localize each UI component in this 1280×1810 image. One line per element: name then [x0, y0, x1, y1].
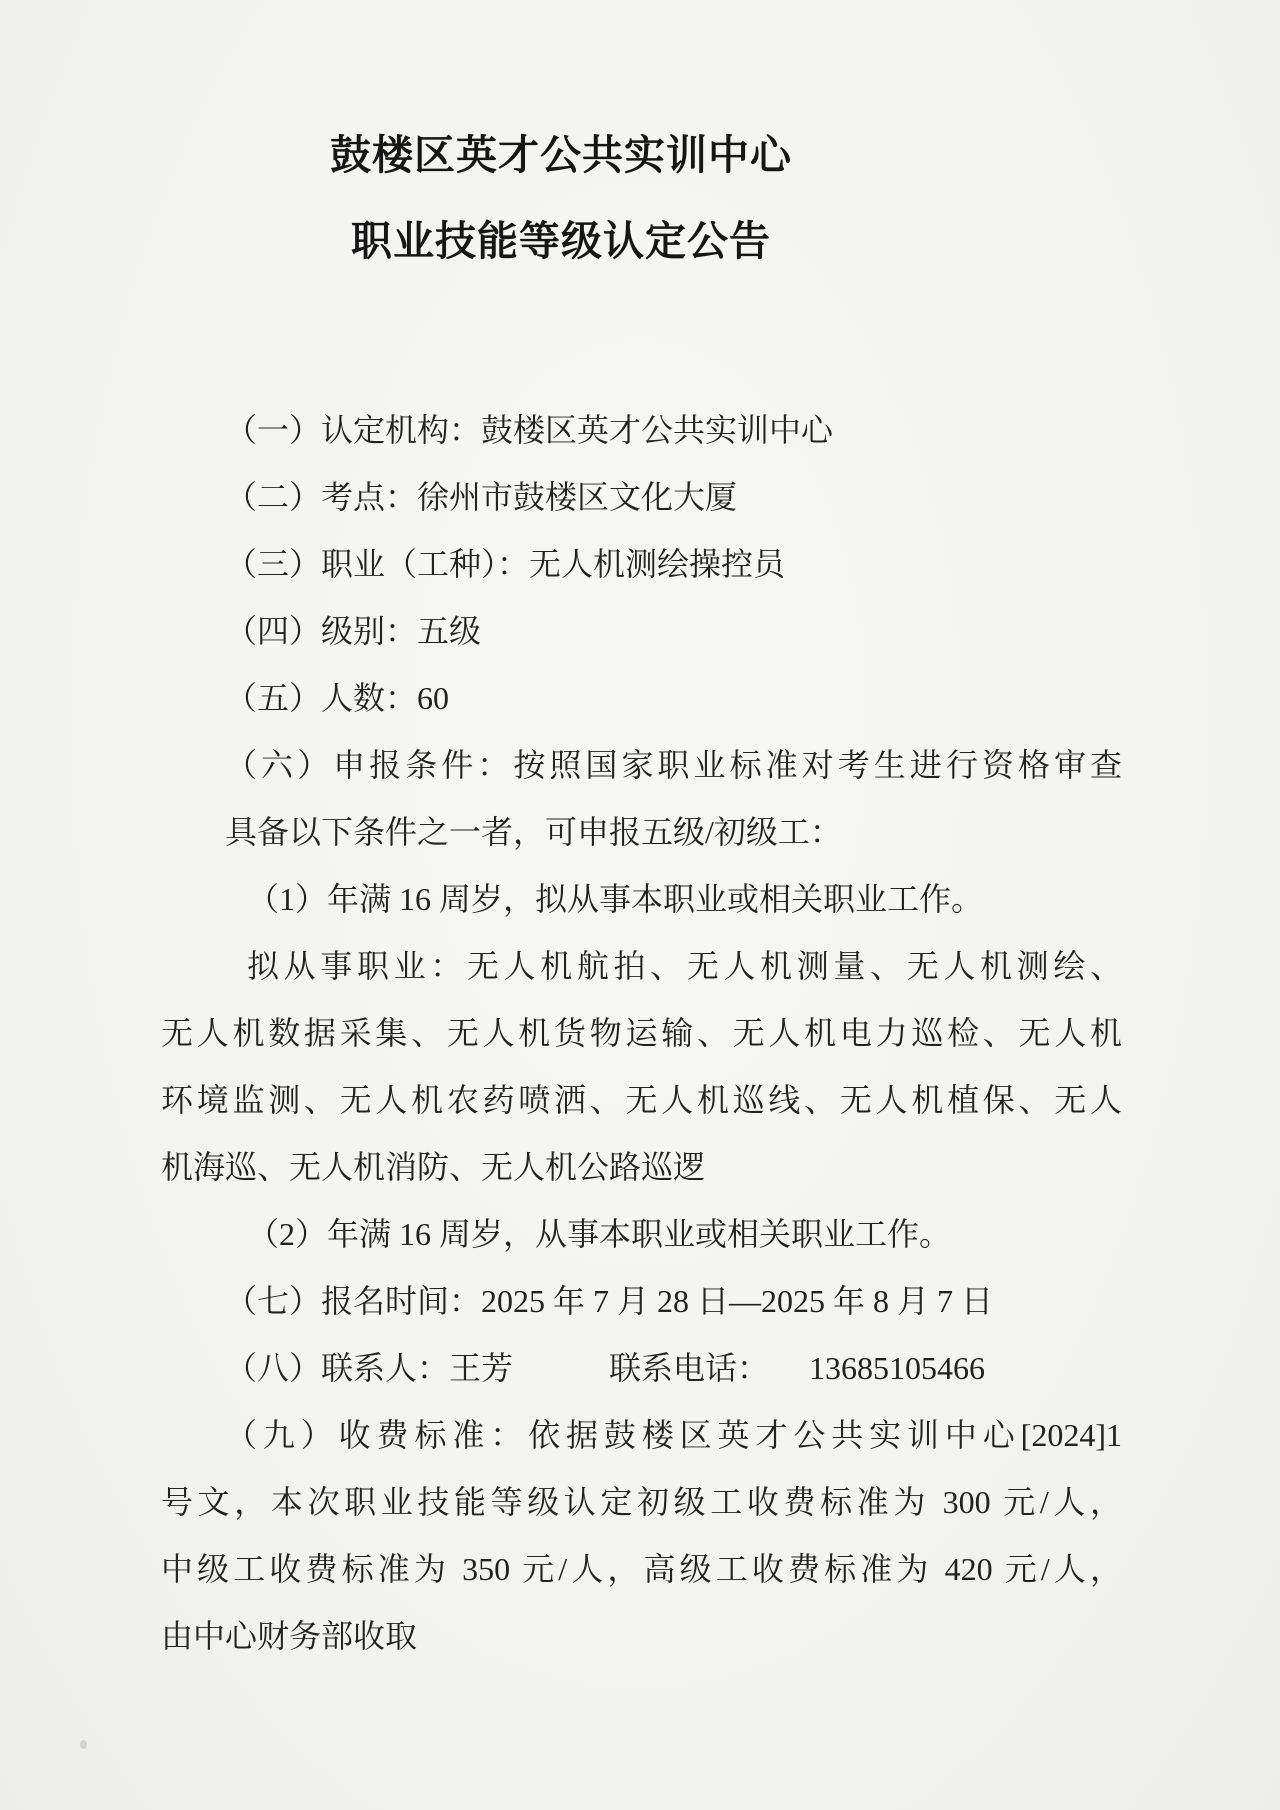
item-occupation: （三）职业（工种）：无人机测绘操控员 — [161, 531, 1122, 598]
item-headcount: （五）人数：60 — [161, 665, 1122, 732]
contact-phone-label: 联系电话： — [609, 1335, 769, 1402]
document-body: （一）认定机构：鼓楼区英才公共实训中心 （二）考点：徐州市鼓楼区文化大厦 （三）… — [161, 397, 1122, 1670]
intended-occupations-line3: 环境监测、无人机农药喷洒、无人机巡线、无人机植保、无人 — [161, 1067, 1122, 1134]
item-level: （四）级别：五级 — [161, 598, 1122, 665]
condition-2: （2）年满 16 周岁，从事本职业或相关职业工作。 — [161, 1201, 1122, 1268]
item-exam-site: （二）考点：徐州市鼓楼区文化大厦 — [161, 464, 1122, 531]
contact-person: （八）联系人：王芳 — [225, 1350, 513, 1386]
condition-eligibility-note: 具备以下条件之一者，可申报五级/初级工： — [161, 799, 1122, 866]
item-certifying-body: （一）认定机构：鼓楼区英才公共实训中心 — [161, 397, 1122, 464]
intended-occupations-line4: 机海巡、无人机消防、无人机公路巡逻 — [161, 1134, 1122, 1201]
item-application-conditions: （六）申报条件：按照国家职业标准对考生进行资格审查 — [161, 732, 1122, 799]
item-fees-line4: 由中心财务部收取 — [161, 1603, 1122, 1670]
document-title: 鼓楼区英才公共实训中心 职业技能等级认定公告 — [0, 112, 1122, 284]
intended-occupations-line1: 拟从事职业：无人机航拍、无人机测量、无人机测绘、 — [161, 933, 1122, 1000]
contact-phone-number: 13685105466 — [809, 1335, 985, 1402]
item-fees-line2: 号文，本次职业技能等级认定初级工收费标准为 300 元/人， — [161, 1469, 1122, 1536]
document-title-line1: 鼓楼区英才公共实训中心 — [0, 112, 1122, 198]
item-registration-period: （七）报名时间：2025 年 7 月 28 日—2025 年 8 月 7 日 — [161, 1268, 1122, 1335]
scan-speck — [80, 1740, 87, 1749]
intended-occupations-line2: 无人机数据采集、无人机货物运输、无人机电力巡检、无人机 — [161, 1000, 1122, 1067]
item-contact: （八）联系人：王芳 联系电话： 13685105466 — [161, 1335, 1122, 1402]
condition-1: （1）年满 16 周岁，拟从事本职业或相关职业工作。 — [161, 866, 1122, 933]
item-fees-line1: （九）收费标准：依据鼓楼区英才公共实训中心[2024]1 — [161, 1402, 1122, 1469]
announcement-document-page: 鼓楼区英才公共实训中心 职业技能等级认定公告 （一）认定机构：鼓楼区英才公共实训… — [0, 0, 1280, 1810]
document-title-line2: 职业技能等级认定公告 — [0, 198, 1122, 284]
item-fees-line3: 中级工收费标准为 350 元/人，高级工收费标准为 420 元/人， — [161, 1536, 1122, 1603]
